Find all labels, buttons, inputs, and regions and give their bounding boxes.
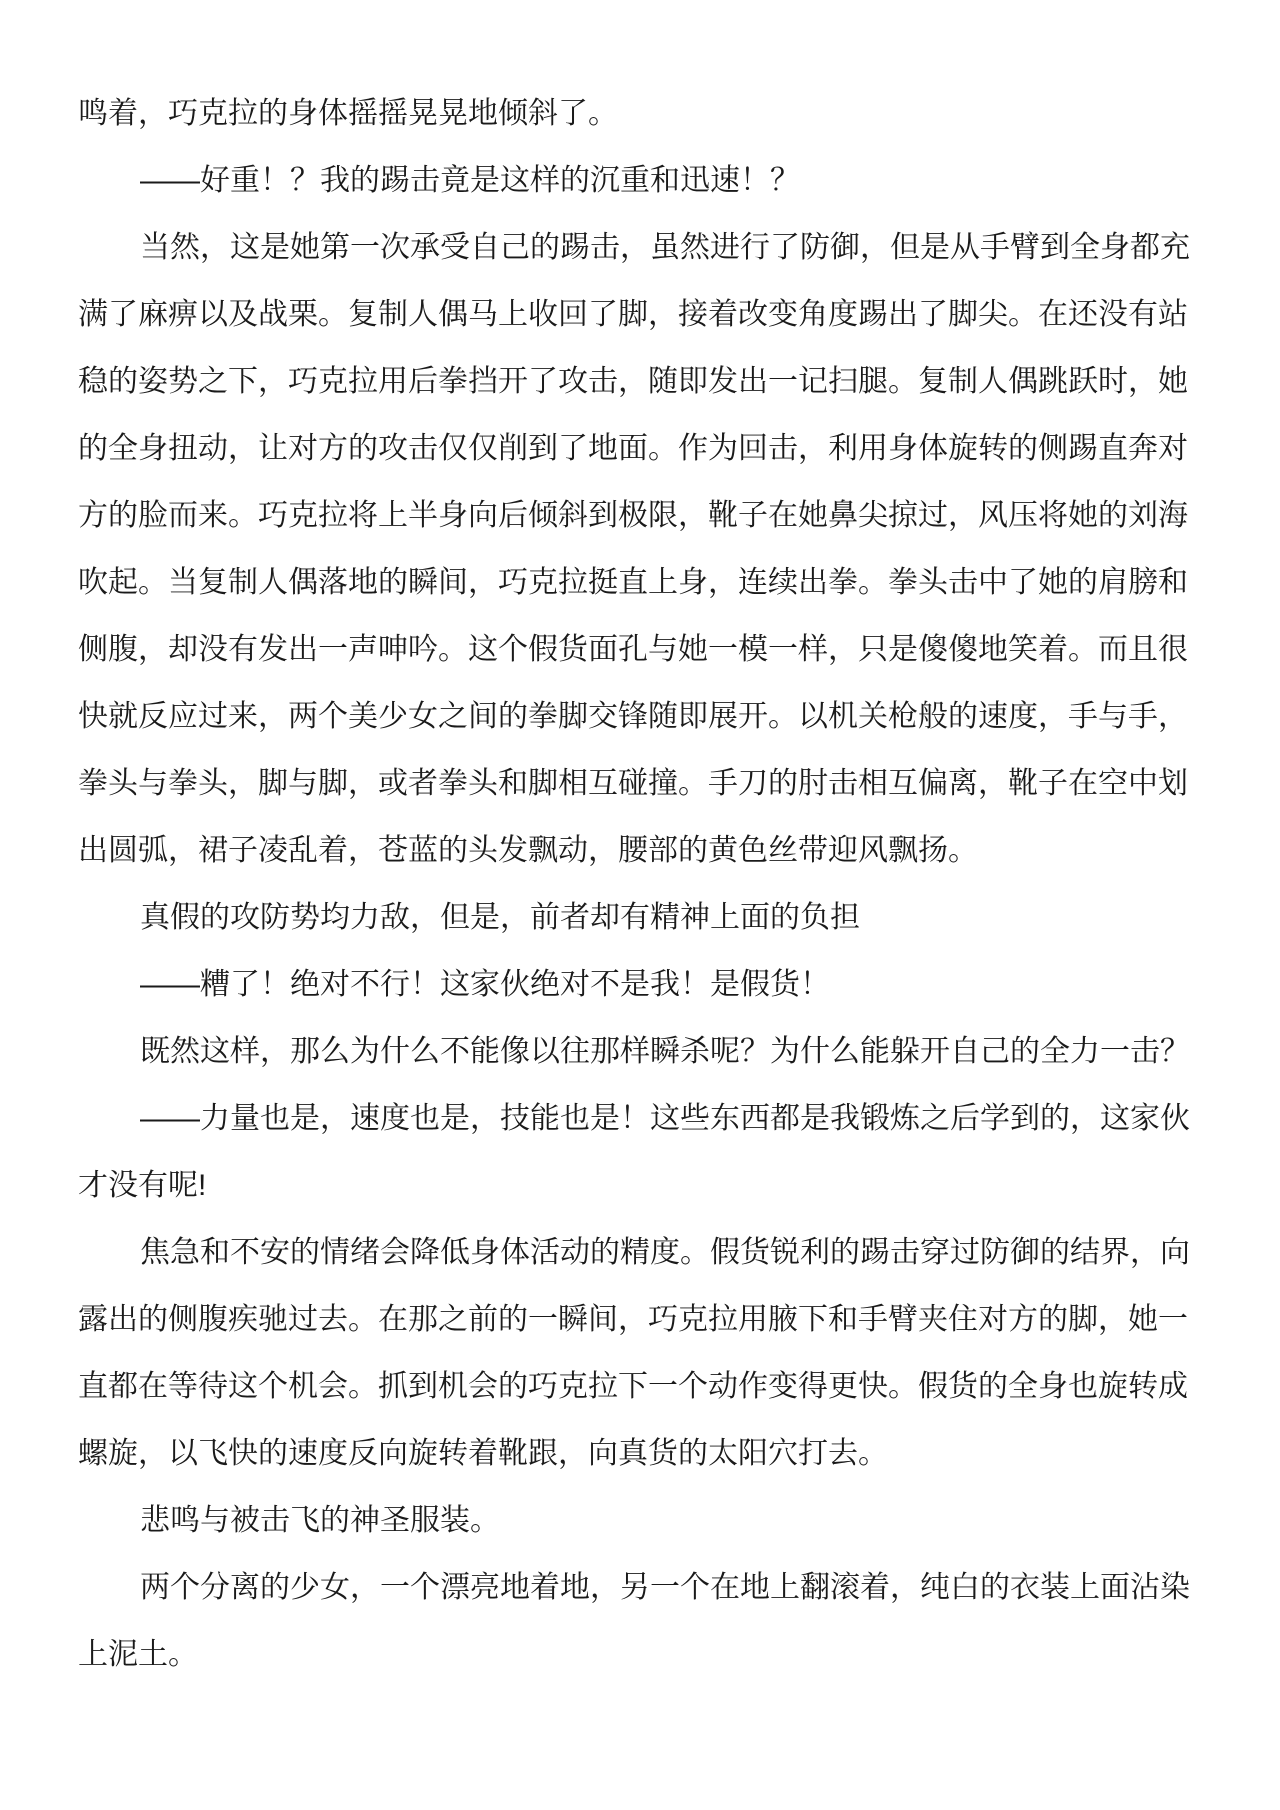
paragraph: 既然这样，那么为什么不能像以往那样瞬杀呢？为什么能躲开自己的全力一击？ — [78, 1018, 1202, 1085]
paragraph: 真假的攻防势均力敌，但是，前者却有精神上面的负担 — [78, 884, 1202, 951]
text-body: 鸣着，巧克拉的身体摇摇晃晃地倾斜了。——好重！？我的踢击竟是这样的沉重和迅速！？… — [78, 80, 1202, 1688]
paragraph: 焦急和不安的情绪会降低身体活动的精度。假货锐利的踢击穿过防御的结界，向露出的侧腹… — [78, 1219, 1202, 1487]
paragraph: ——力量也是，速度也是，技能也是！这些东西都是我锻炼之后学到的，这家伙才没有呢! — [78, 1085, 1202, 1219]
paragraph: 当然，这是她第一次承受自己的踢击，虽然进行了防御，但是从手臂到全身都充满了麻痹以… — [78, 214, 1202, 884]
document-page: 鸣着，巧克拉的身体摇摇晃晃地倾斜了。——好重！？我的踢击竟是这样的沉重和迅速！？… — [0, 0, 1280, 1810]
paragraph: 鸣着，巧克拉的身体摇摇晃晃地倾斜了。 — [78, 80, 1202, 147]
paragraph: ——好重！？我的踢击竟是这样的沉重和迅速！？ — [78, 147, 1202, 214]
paragraph: 悲鸣与被击飞的神圣服装。 — [78, 1487, 1202, 1554]
paragraph: ——糟了！绝对不行！这家伙绝对不是我！是假货！ — [78, 951, 1202, 1018]
paragraph: 两个分离的少女，一个漂亮地着地，另一个在地上翻滚着，纯白的衣装上面沾染上泥土。 — [78, 1554, 1202, 1688]
